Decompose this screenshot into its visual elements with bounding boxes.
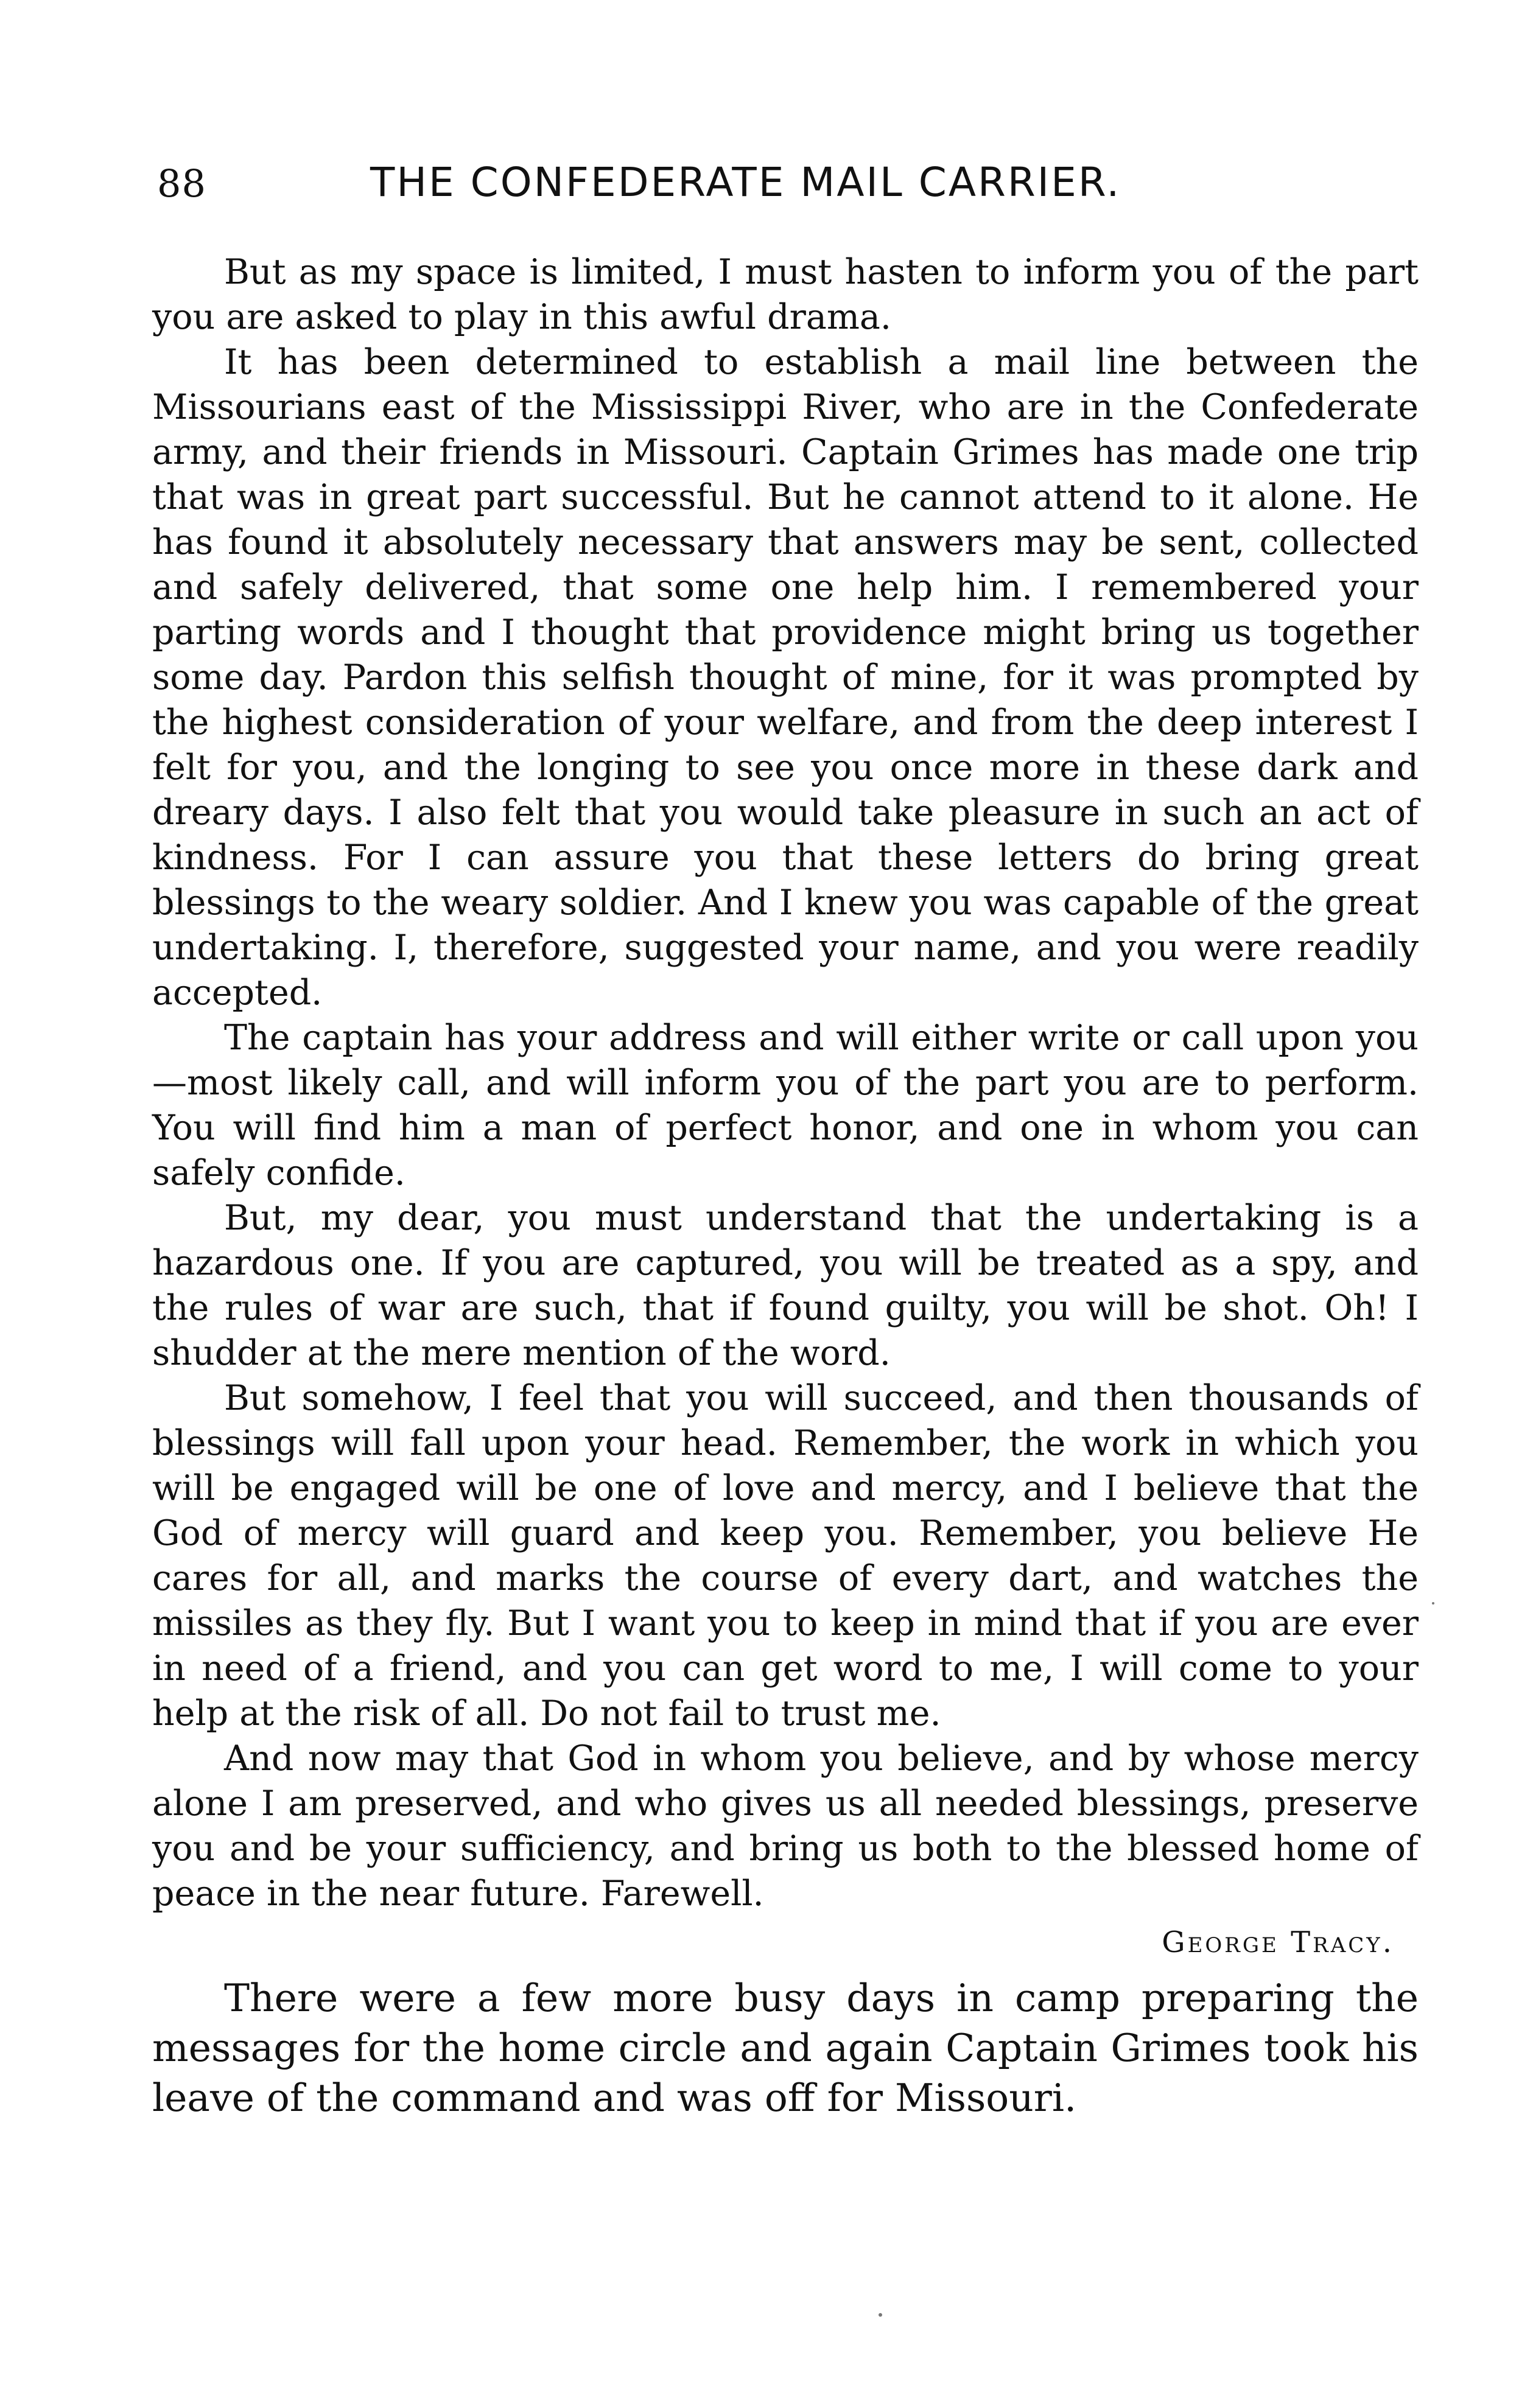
- scan-speck: [1432, 1602, 1434, 1605]
- letter-paragraph: But, my dear, you must understand that t…: [152, 1195, 1419, 1376]
- letter-paragraph: But somehow, I feel that you will succee…: [152, 1376, 1419, 1736]
- letter-paragraph: And now may that God in whom you believe…: [152, 1736, 1419, 1916]
- page-number: 88: [157, 161, 206, 206]
- letter-paragraph: But as my space is limited, I must haste…: [152, 250, 1419, 340]
- page-body: But as my space is limited, I must haste…: [152, 250, 1419, 2123]
- running-title: THE CONFEDERATE MAIL CARRIER.: [370, 159, 1121, 206]
- page-header: 88 THE CONFEDERATE MAIL CARRIER.: [157, 155, 1314, 222]
- letter-paragraph: It has been determined to establish a ma…: [152, 340, 1419, 1015]
- narrative-paragraph: There were a few more busy days in camp …: [152, 1973, 1419, 2123]
- letter-signature: George Tracy.: [152, 1916, 1419, 1969]
- book-page: 88 THE CONFEDERATE MAIL CARRIER. But as …: [0, 0, 1519, 2408]
- scan-speck: [879, 2313, 882, 2317]
- letter: But as my space is limited, I must haste…: [152, 250, 1419, 1969]
- letter-paragraph: The captain has your address and will ei…: [152, 1015, 1419, 1195]
